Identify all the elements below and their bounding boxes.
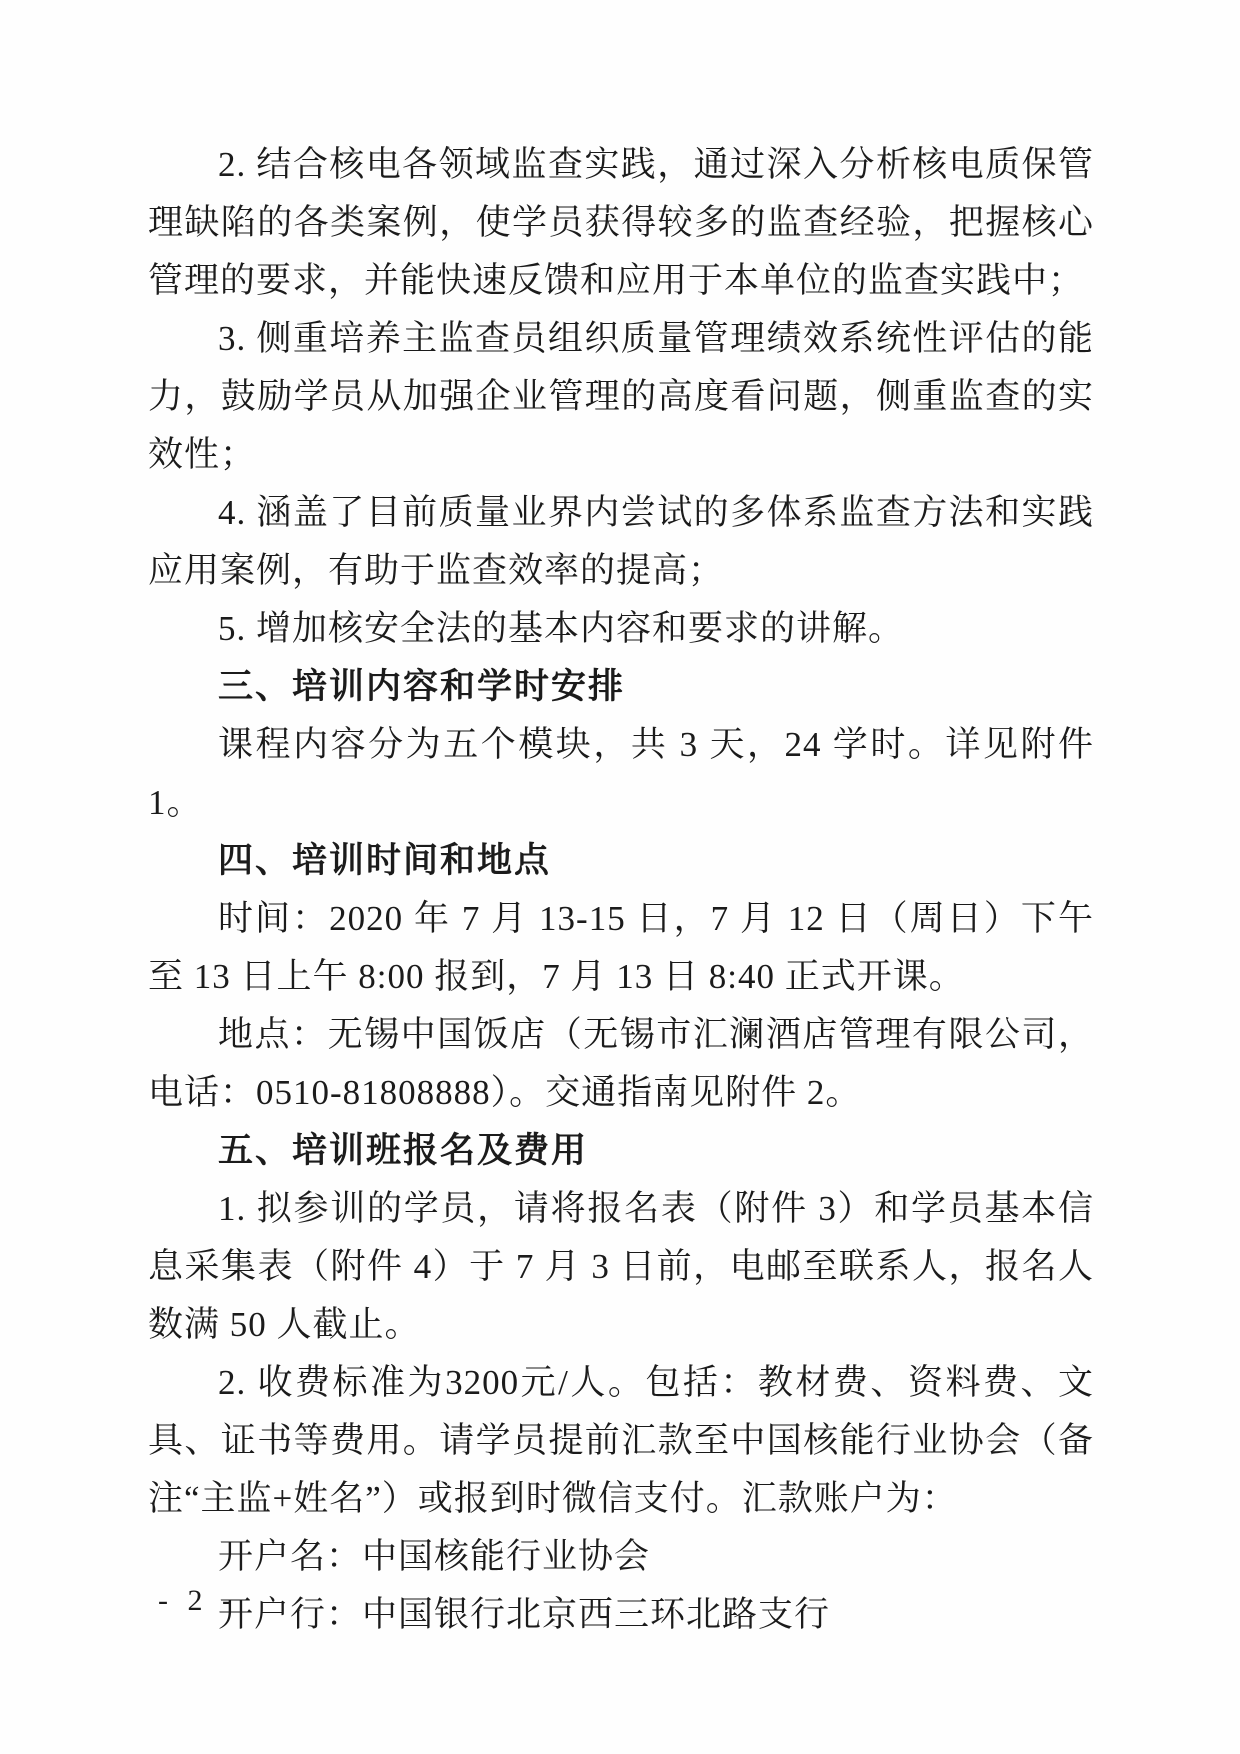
paragraph-registration: 1. 拟参训的学员，请将报名表（附件 3）和学员基本信息采集表（附件 4）于 7… [148,1180,1094,1354]
paragraph-point-4: 4. 涵盖了目前质量业界内尝试的多体系监查方法和实践应用案例，有助于监查效率的提… [148,484,1094,600]
document-page: 2. 结合核电各领域监查实践，通过深入分析核电质保管理缺陷的各类案例，使学员获得… [0,0,1240,1754]
document-body: 2. 结合核电各领域监查实践，通过深入分析核电质保管理缺陷的各类案例，使学员获得… [148,136,1094,1644]
heading-section-5-fees: 五、培训班报名及费用 [148,1122,1094,1180]
paragraph-account-name: 开户名：中国核能行业协会 [148,1528,1094,1586]
paragraph-point-2: 2. 结合核电各领域监查实践，通过深入分析核电质保管理缺陷的各类案例，使学员获得… [148,136,1094,310]
paragraph-point-5: 5. 增加核安全法的基本内容和要求的讲解。 [148,600,1094,658]
page-number: - 2 - [158,1584,238,1618]
paragraph-fee-standard: 2. 收费标准为3200元/人。包括：教材费、资料费、文具、证书等费用。请学员提… [148,1354,1094,1528]
heading-section-3-content: 三、培训内容和学时安排 [148,658,1094,716]
paragraph-time: 时间：2020 年 7 月 13-15 日，7 月 12 日（周日）下午至 13… [148,890,1094,1006]
heading-section-4-time-place: 四、培训时间和地点 [148,832,1094,890]
paragraph-course-modules: 课程内容分为五个模块，共 3 天，24 学时。详见附件 1。 [148,716,1094,832]
paragraph-place: 地点：无锡中国饭店（无锡市汇澜酒店管理有限公司，电话：0510-81808888… [148,1006,1094,1122]
paragraph-bank-branch: 开户行：中国银行北京西三环北路支行 [148,1586,1094,1644]
paragraph-point-3: 3. 侧重培养主监查员组织质量管理绩效系统性评估的能力，鼓励学员从加强企业管理的… [148,310,1094,484]
